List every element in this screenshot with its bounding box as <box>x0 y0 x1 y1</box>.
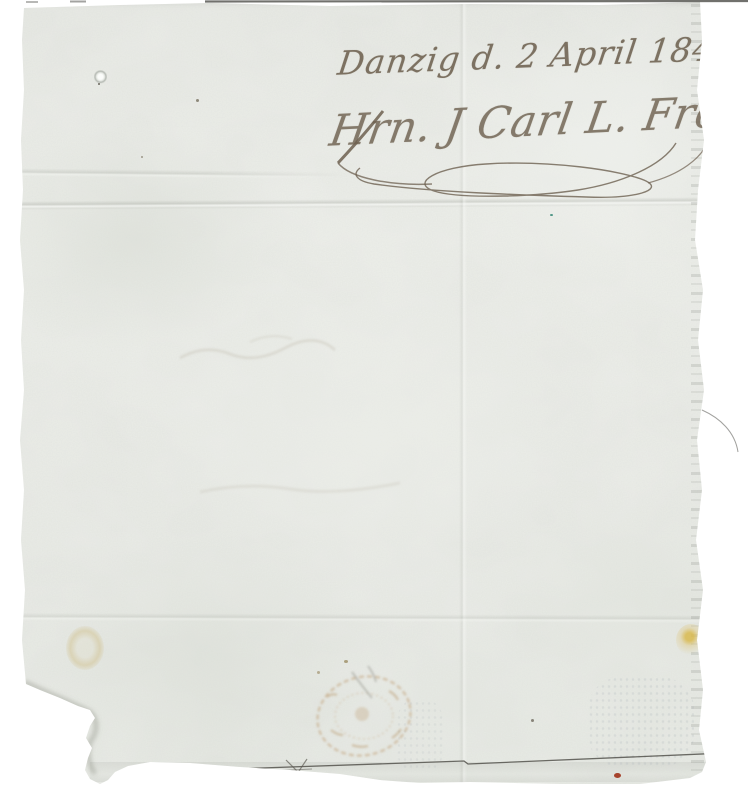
tear-edge-shadow <box>24 682 96 774</box>
ghost-dot-impression <box>588 676 694 768</box>
teal-fiber-speck <box>550 214 553 216</box>
handwritten-addressee: Hrn. J Carl L. From <box>326 85 748 157</box>
speck <box>344 660 348 663</box>
ghost-dot-impression <box>396 700 444 772</box>
speck <box>141 156 143 158</box>
scanner-hair-artifact <box>702 410 738 452</box>
pin-hole <box>94 70 107 85</box>
fold-crease-horizontal-main <box>0 197 748 211</box>
letter-scan: Danzig d. 2 April 1844 Hrn. J Carl L. Fr… <box>0 0 748 800</box>
pencil-cross-mark <box>286 759 310 784</box>
fold-crease-horizontal-left <box>10 168 350 180</box>
ink-show-through <box>180 336 400 492</box>
speck <box>317 671 320 674</box>
yellow-stain-right <box>676 624 706 656</box>
top-edge-shadow-line <box>26 1 748 2</box>
fold-crease-horizontal-lower <box>0 613 748 624</box>
stain-ring-bottom-left <box>66 626 104 670</box>
handwritten-dateline: Danzig d. 2 April 1844 <box>335 28 739 83</box>
red-wax-speck <box>614 773 621 778</box>
letter-paper: Danzig d. 2 April 1844 Hrn. J Carl L. Fr… <box>0 0 748 800</box>
speck <box>531 719 534 722</box>
speck <box>196 99 199 102</box>
speck <box>98 83 100 85</box>
